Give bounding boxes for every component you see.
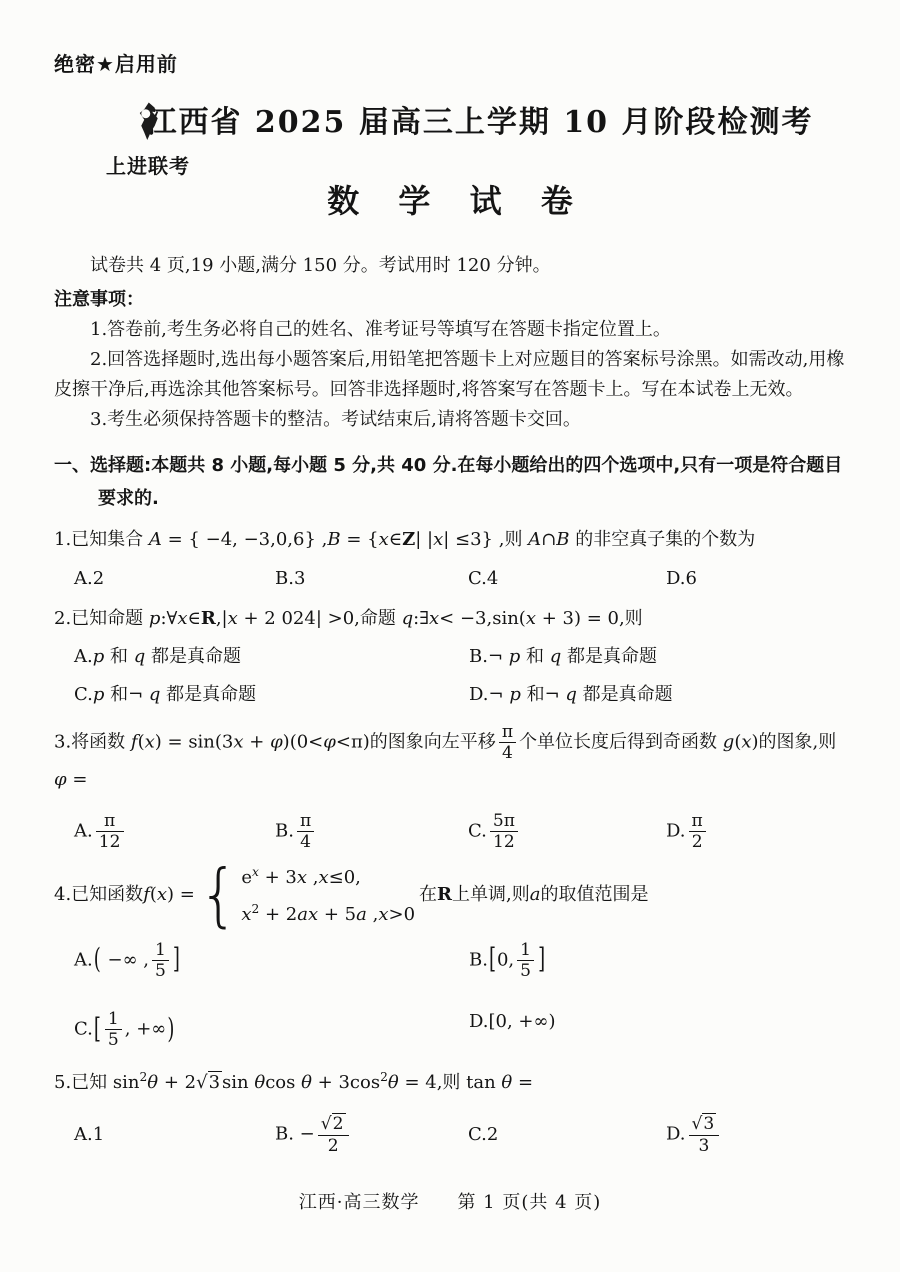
- question-5-stem: 5.已知 sin2θ + 2√3sin θcos θ + 3cos2θ = 4,…: [54, 1062, 846, 1098]
- option-a: A.( −∞ ,15]: [74, 938, 469, 983]
- option-c: C.[15, +∞): [74, 1007, 469, 1052]
- option-d: D.√33: [666, 1112, 846, 1157]
- note-item-1: 1.答卷前,考生务必将自己的姓名、准考证号等填写在答题卡指定位置上。: [54, 315, 846, 345]
- section-heading: 一、选择题:本题共 8 小题,每小题 5 分,共 40 分.在每小题给出的四个选…: [54, 449, 846, 515]
- option-b: B.¬ p 和 q 都是真命题: [469, 642, 846, 672]
- option-b: B.π4: [275, 809, 468, 854]
- option-d: D.¬ p 和¬ q 都是真命题: [469, 680, 846, 710]
- section-heading-line2: 要求的.: [54, 482, 846, 515]
- option-d: D.[0, +∞): [469, 1007, 846, 1052]
- jiangxi-map-logo-icon: [133, 129, 163, 150]
- question-2: 2.已知命题 p:∀x∈R,|x + 2 024| >0,命题 q:∃x< −3…: [54, 604, 846, 710]
- note-item-3: 3.考生必须保持答题卡的整洁。考试结束后,请将答题卡交回。: [54, 405, 846, 435]
- header: 上进联考 江西省 2025 届高三上学期 10 月阶段检测考 数 学 试 卷: [54, 99, 846, 223]
- question-1-options: A.2 B.3 C.4 D.6: [54, 564, 846, 594]
- page-footer: 江西·高三数学 第 1 页(共 4 页): [0, 1188, 900, 1214]
- question-2-stem: 2.已知命题 p:∀x∈R,|x + 2 024| >0,命题 q:∃x< −3…: [54, 604, 846, 634]
- option-c: C.2: [468, 1122, 666, 1148]
- question-5: 5.已知 sin2θ + 2√3sin θcos θ + 3cos2θ = 4,…: [54, 1062, 846, 1157]
- option-b: B.3: [275, 564, 468, 594]
- exam-subtitle: 数 学 试 卷: [54, 179, 846, 223]
- brand-block: 上进联考: [78, 99, 218, 179]
- question-5-options: A.1 B. −√22 C.2 D.√33: [54, 1112, 846, 1157]
- option-d: D.6: [666, 564, 846, 594]
- question-3-options: A.π12 B.π4 C.5π12 D.π2: [54, 809, 846, 854]
- notes-block: 注意事项： 1.答卷前,考生务必将自己的姓名、准考证号等填写在答题卡指定位置上。…: [54, 285, 846, 435]
- section-heading-line1: 一、选择题:本题共 8 小题,每小题 5 分,共 40 分.在每小题给出的四个选…: [54, 449, 846, 482]
- question-3-stem: 3.将函数 f(x) = sin(3x + φ)(0<φ<π)的图象向左平移π4…: [54, 720, 846, 795]
- classification-label: 绝密★启用前: [54, 48, 846, 77]
- notes-title: 注意事项：: [54, 285, 846, 315]
- exam-info-line: 试卷共 4 页,19 小题,满分 150 分。考试用时 120 分钟。: [54, 251, 846, 281]
- brand-name: 上进联考: [78, 150, 218, 179]
- exam-page: 绝密★启用前 上进联考 江西省 2025 届高三上学期 10 月阶段检测考 数 …: [0, 0, 900, 1272]
- option-c: C.p 和¬ q 都是真命题: [74, 680, 469, 710]
- question-2-options: A.p 和 q 都是真命题 B.¬ p 和 q 都是真命题 C.p 和¬ q 都…: [54, 642, 846, 710]
- option-a: A.2: [74, 564, 275, 594]
- question-4-options: A.( −∞ ,15] B.[0,15] C.[15, +∞) D.[0, +∞…: [54, 938, 846, 1053]
- option-d: D.π2: [666, 809, 846, 854]
- question-1-stem: 1.已知集合 A = { −4, −3,0,6} ,B = {x∈Z| |x| …: [54, 525, 846, 555]
- question-4-stem: 4.已知函数 f(x) = {ex + 3x ,x≤0,x2 + 2ax + 5…: [54, 865, 846, 926]
- question-1: 1.已知集合 A = { −4, −3,0,6} ,B = {x∈Z| |x| …: [54, 525, 846, 594]
- option-a: A.p 和 q 都是真命题: [74, 642, 469, 672]
- option-b: B.[0,15]: [469, 938, 846, 983]
- option-b: B. −√22: [275, 1112, 468, 1157]
- question-3: 3.将函数 f(x) = sin(3x + φ)(0<φ<π)的图象向左平移π4…: [54, 720, 846, 855]
- option-c: C.5π12: [468, 809, 666, 854]
- note-item-2: 2.回答选择题时,选出每小题答案后,用铅笔把答题卡上对应题目的答案标号涂黑。如需…: [54, 345, 846, 405]
- option-a: A.π12: [74, 809, 275, 854]
- option-a: A.1: [74, 1122, 275, 1148]
- question-4: 4.已知函数 f(x) = {ex + 3x ,x≤0,x2 + 2ax + 5…: [54, 865, 846, 1053]
- option-c: C.4: [468, 564, 666, 594]
